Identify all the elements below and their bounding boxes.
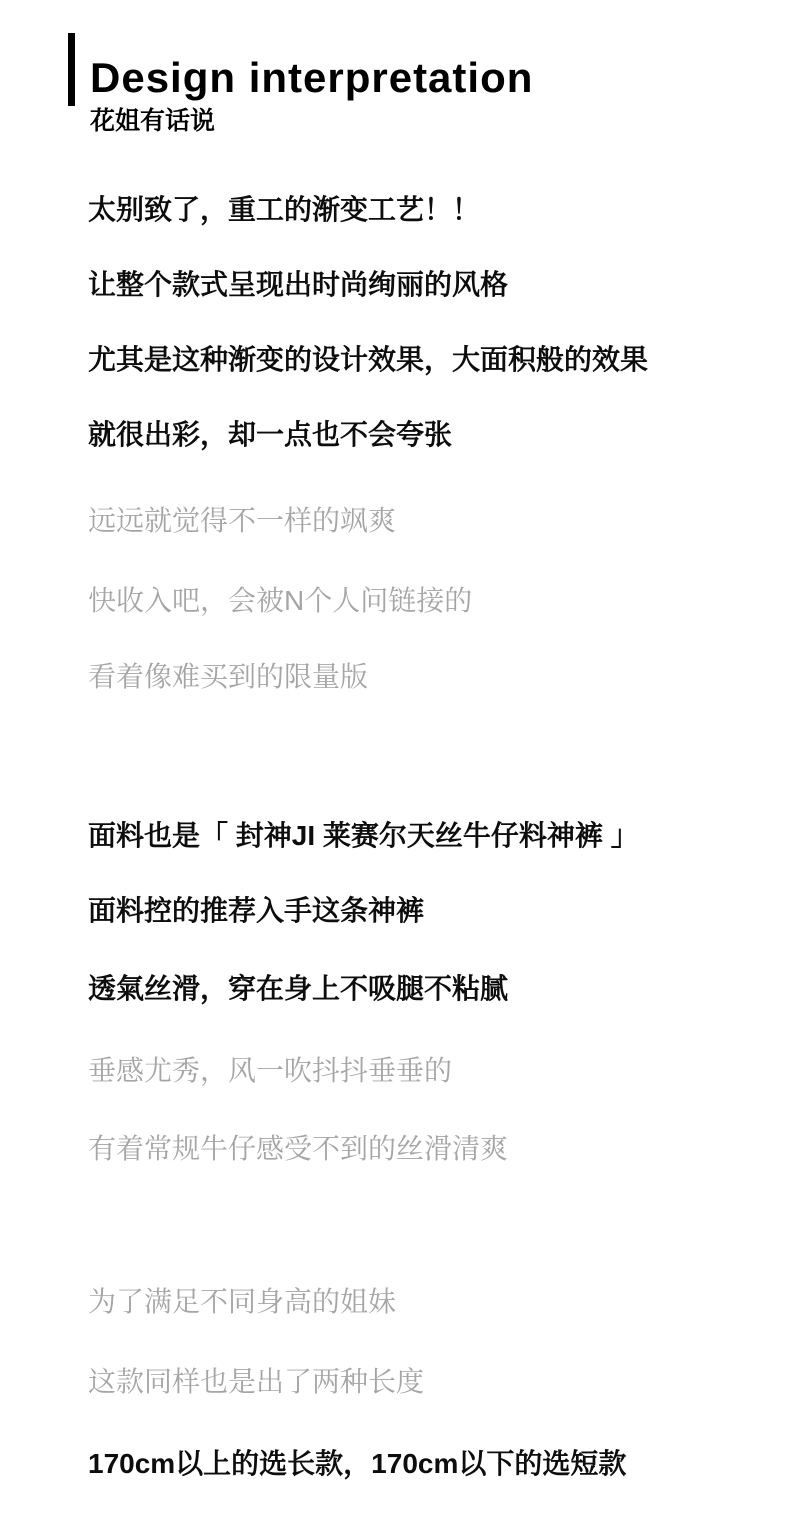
text-line: 有着常规牛仔感受不到的丝滑清爽 (88, 1134, 508, 1164)
product-description-page: Design interpretation 花姐有话说 太别致了，重工的渐变工艺… (0, 0, 790, 1527)
text-line: 170cm以上的选长款，170cm以下的选短款 (88, 1449, 626, 1479)
text-line: 面料也是「 封神JI 莱赛尔天丝牛仔料神裤 」 (88, 821, 639, 851)
page-subtitle: 花姐有话说 (90, 101, 215, 137)
page-title: Design interpretation (90, 54, 533, 102)
text-line: 尤其是这种渐变的设计效果，大面积般的效果 (88, 345, 648, 375)
text-line: 面料控的推荐入手这条神裤 (88, 896, 424, 926)
text-line: 快收入吧，会被N个人问链接的 (88, 586, 472, 616)
text-line: 这款同样也是出了两种长度 (88, 1367, 424, 1397)
text-line: 透氣丝滑，穿在身上不吸腿不粘腻 (88, 974, 508, 1004)
text-line: 让整个款式呈现出时尚绚丽的风格 (88, 270, 508, 300)
header-accent-bar (68, 33, 75, 106)
text-line: 看着像难买到的限量版 (88, 662, 368, 692)
text-line: 太别致了，重工的渐变工艺！！ (88, 195, 480, 225)
text-line: 远远就觉得不一样的飒爽 (88, 506, 396, 536)
text-line: 为了满足不同身高的姐妹 (88, 1287, 396, 1317)
text-line: 垂感尤秀，风一吹抖抖垂垂的 (88, 1056, 452, 1086)
text-line: 就很出彩，却一点也不会夸张 (88, 420, 452, 450)
